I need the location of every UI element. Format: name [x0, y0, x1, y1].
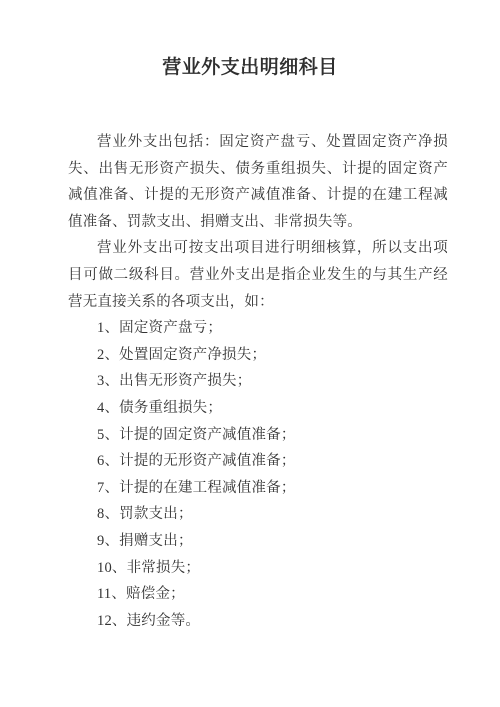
list-item: 11、赔偿金；: [68, 581, 448, 608]
list-item: 5、计提的固定资产减值准备；: [68, 422, 448, 449]
list-item: 12、违约金等。: [68, 608, 448, 635]
document-page: 营业外支出明细科目 营业外支出包括：固定资产盘亏、处置固定资产净损失、出售无形资…: [0, 0, 500, 707]
list-item: 6、计提的无形资产减值准备；: [68, 448, 448, 475]
list-item: 2、处置固定资产净损失；: [68, 342, 448, 369]
paragraph-intro: 营业外支出包括：固定资产盘亏、处置固定资产净损失、出售无形资产损失、债务重组损失…: [68, 129, 448, 235]
page-title: 营业外支出明细科目: [0, 57, 500, 79]
list-item: 8、罚款支出；: [68, 501, 448, 528]
list-item: 10、非常损失；: [68, 555, 448, 582]
document-body: 营业外支出包括：固定资产盘亏、处置固定资产净损失、出售无形资产损失、债务重组损失…: [68, 129, 448, 634]
list-item: 3、出售无形资产损失；: [68, 368, 448, 395]
list-item: 9、捐赠支出；: [68, 528, 448, 555]
list-item: 4、债务重组损失；: [68, 395, 448, 422]
list-item: 7、计提的在建工程减值准备；: [68, 475, 448, 502]
paragraph-explanation: 营业外支出可按支出项目进行明细核算，所以支出项目可做二级科目。营业外支出是指企业…: [68, 235, 448, 315]
numbered-list: 1、固定资产盘亏； 2、处置固定资产净损失； 3、出售无形资产损失； 4、债务重…: [68, 315, 448, 634]
list-item: 1、固定资产盘亏；: [68, 315, 448, 342]
